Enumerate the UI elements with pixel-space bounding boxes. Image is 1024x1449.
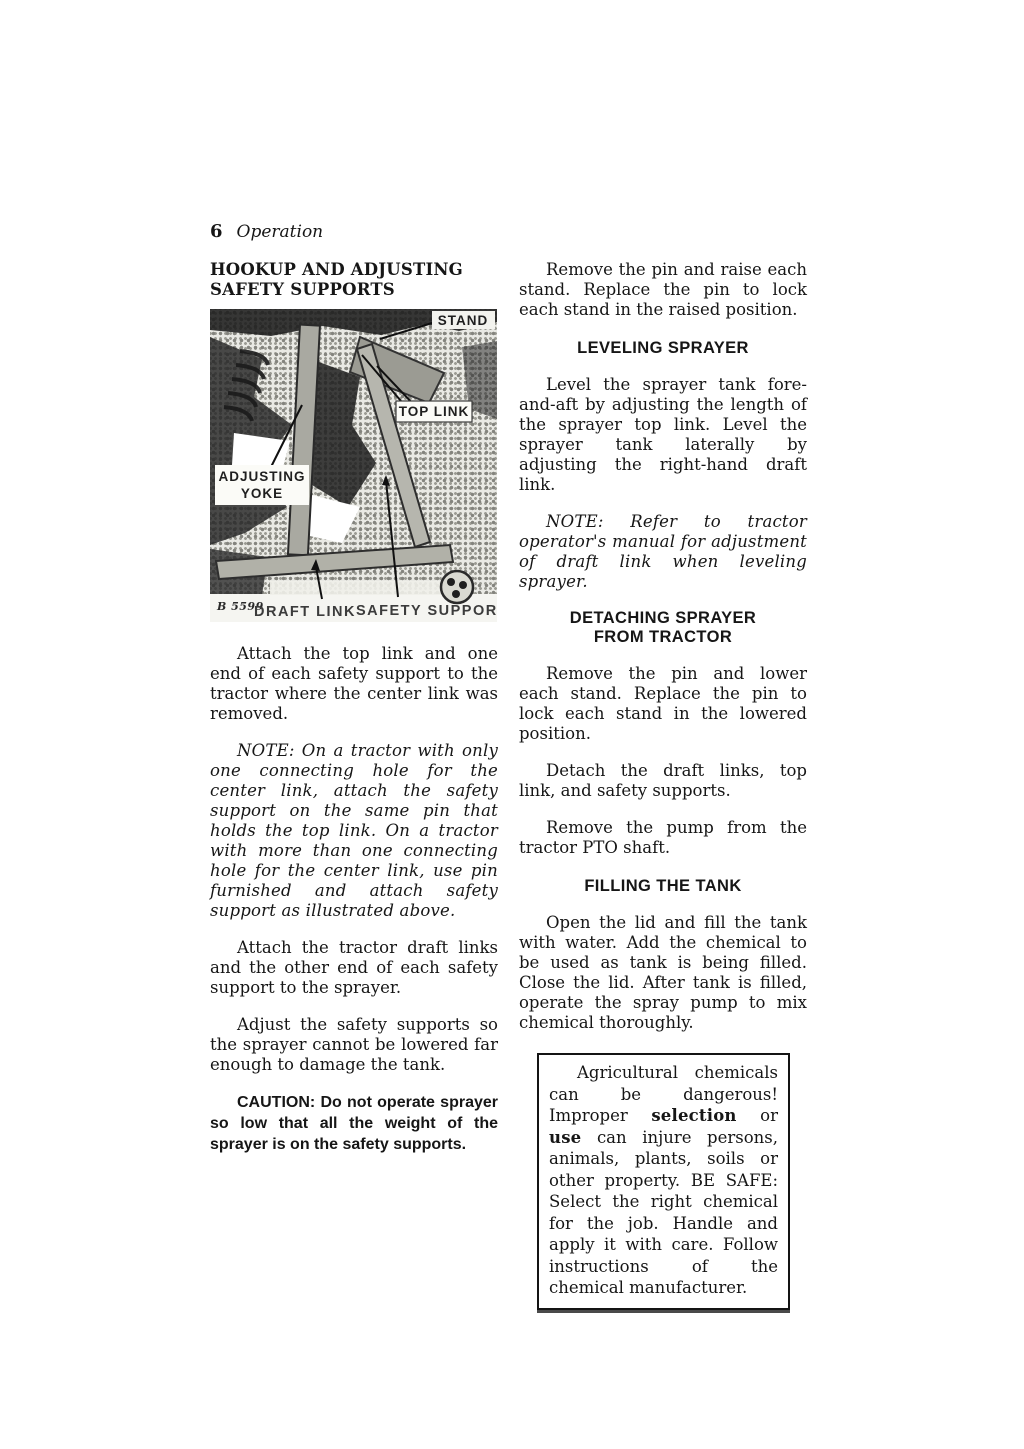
figure-label-draft-link: DRAFT LINK	[254, 604, 356, 620]
heading-filling-tank: FILLING THE TANK	[519, 875, 807, 896]
figure-label-safety-support: SAFETY SUPPORT	[356, 603, 497, 619]
figure-safety-supports-photo: STAND TOP LINK ADJUSTING YOKE B 5599 DRA…	[210, 309, 497, 622]
warning-text-2: or	[737, 1106, 778, 1125]
page-header: 6 Operation	[210, 221, 807, 242]
page-number: 6	[210, 221, 223, 242]
note-connecting-hole: NOTE: On a tractor with only one connect…	[210, 741, 498, 921]
section-title: Operation	[237, 222, 324, 242]
left-column: HOOKUP AND ADJUSTING SAFETY SUPPORTS	[210, 260, 498, 1310]
heading-detaching-sprayer: DETACHING SPRAYER FROM TRACTOR	[519, 609, 807, 647]
figure-illustration: STAND TOP LINK ADJUSTING YOKE B 5599 DRA…	[210, 309, 497, 622]
paragraph-lower-stand: Remove the pin and lower each stand. Rep…	[519, 664, 807, 744]
figure-label-yoke: YOKE	[241, 486, 283, 501]
paragraph-detach-links: Detach the draft links, top link, and sa…	[519, 761, 807, 801]
paragraph-attach-draft-links: Attach the tractor draft links and the o…	[210, 938, 498, 998]
hub-shape	[441, 571, 473, 603]
paragraph-adjust-supports: Adjust the safety supports so the spraye…	[210, 1015, 498, 1075]
right-column: Remove the pin and raise each stand. Rep…	[519, 260, 807, 1310]
paragraph-attach-top-link: Attach the top link and one end of each …	[210, 644, 498, 724]
paragraph-remove-pump: Remove the pump from the tractor PTO sha…	[519, 818, 807, 858]
heading-hookup: HOOKUP AND ADJUSTING SAFETY SUPPORTS	[210, 260, 498, 300]
figure-label-top-link: TOP LINK	[399, 404, 470, 419]
heading-hookup-line1: HOOKUP AND ADJUSTING	[210, 260, 498, 280]
warning-bold-use: use	[549, 1128, 581, 1147]
warning-bold-selection: selection	[651, 1106, 736, 1125]
page-content: 6 Operation HOOKUP AND ADJUSTING SAFETY …	[210, 221, 807, 1310]
heading-leveling-sprayer: LEVELING SPRAYER	[519, 337, 807, 358]
paragraph-fill-tank: Open the lid and fill the tank with wate…	[519, 913, 807, 1033]
chemical-warning-box: Agricultural chemicals can be dangerous!…	[537, 1053, 790, 1310]
caution-paragraph: CAUTION: Do not operate sprayer so low t…	[210, 1092, 498, 1155]
chemical-warning-text: Agricultural chemicals can be dangerous!…	[549, 1062, 778, 1299]
figure-label-adjusting: ADJUSTING	[218, 469, 305, 484]
manual-page: 6 Operation HOOKUP AND ADJUSTING SAFETY …	[0, 0, 1024, 1449]
paragraph-level-tank: Level the sprayer tank fore-and-aft by a…	[519, 375, 807, 495]
two-column-layout: HOOKUP AND ADJUSTING SAFETY SUPPORTS	[210, 260, 807, 1310]
heading-hookup-line2: SAFETY SUPPORTS	[210, 280, 498, 300]
figure-label-stand: STAND	[438, 313, 489, 328]
paragraph-raise-stand: Remove the pin and raise each stand. Rep…	[519, 260, 807, 320]
warning-text-3: can injure persons, animals, plants, soi…	[549, 1128, 778, 1298]
note-refer-manual: NOTE: Refer to tractor operator's manual…	[519, 512, 807, 592]
